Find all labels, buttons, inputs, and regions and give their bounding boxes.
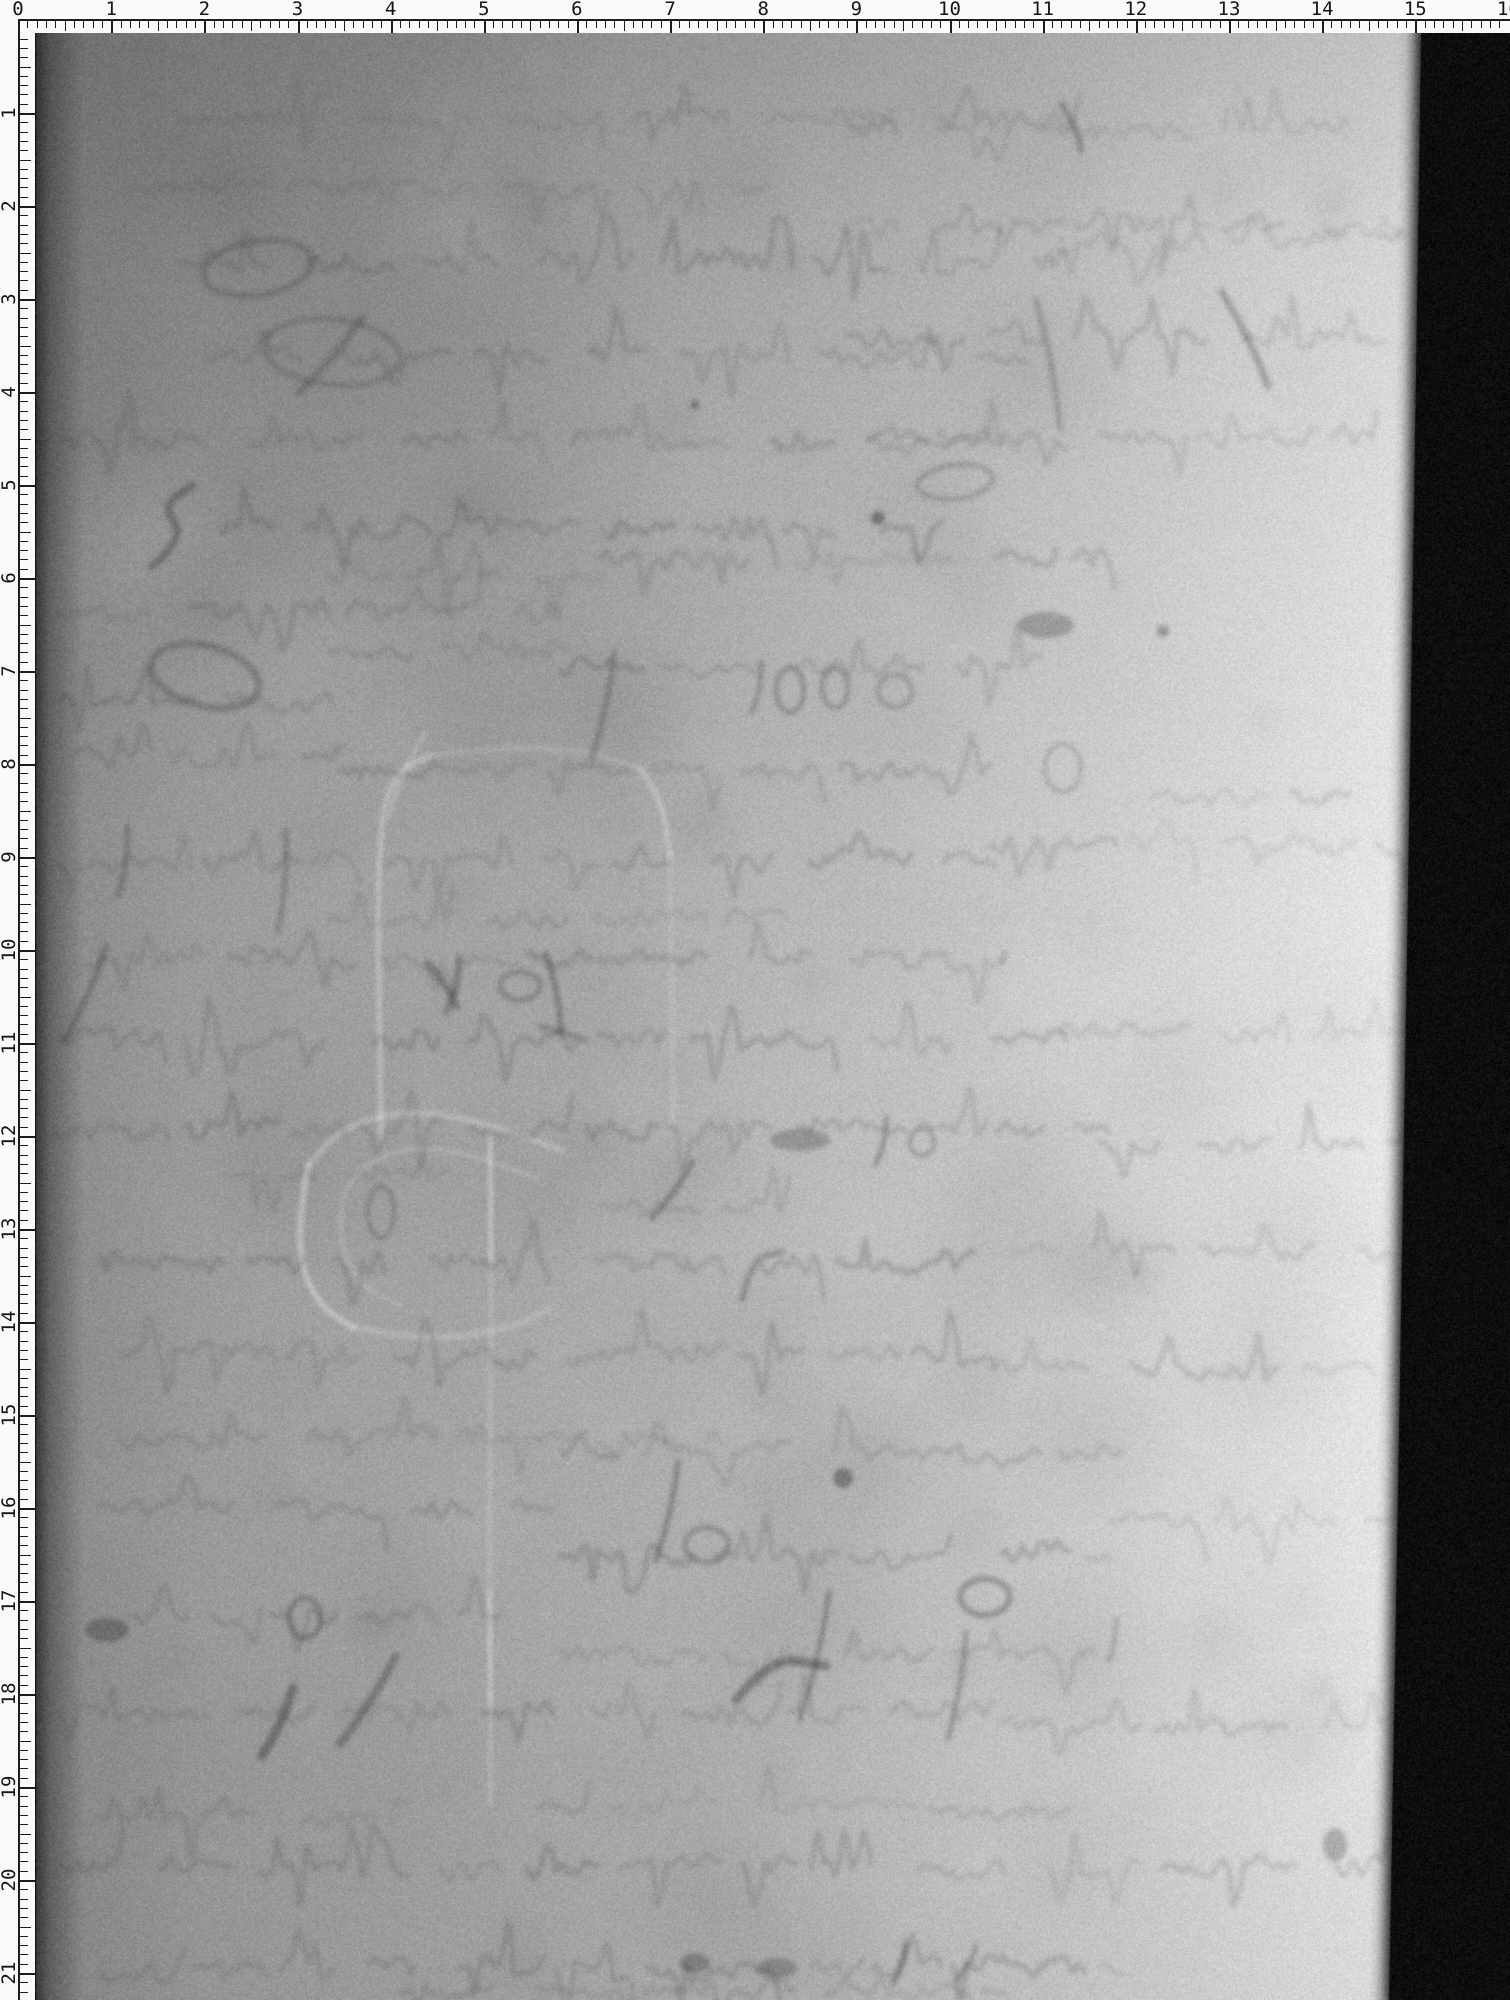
- left-ruler-mm-tick: [20, 1024, 28, 1025]
- left-ruler-label: 5: [2, 465, 16, 505]
- top-ruler-mm-tick: [968, 21, 969, 28]
- top-ruler-mm-tick: [735, 21, 736, 28]
- top-ruler-mm-tick: [875, 21, 876, 28]
- left-ruler-mm-tick: [20, 160, 31, 161]
- left-ruler-mm-tick: [20, 1387, 28, 1388]
- top-ruler-mm-tick: [1117, 21, 1118, 28]
- left-ruler-mm-tick: [20, 280, 28, 281]
- top-ruler-mm-tick: [549, 21, 550, 28]
- top-ruler-cm-tick: [204, 21, 206, 33]
- top-ruler-label: 16: [1483, 0, 1510, 19]
- top-ruler-cm-tick: [1229, 21, 1231, 33]
- top-ruler-mm-tick: [1024, 21, 1025, 28]
- left-ruler-label: 4: [2, 372, 16, 412]
- left-ruler-cm-tick: [20, 1508, 35, 1510]
- top-ruler-mm-tick: [1173, 21, 1174, 28]
- left-ruler-mm-tick: [20, 1108, 28, 1109]
- top-ruler-mm-tick: [1108, 21, 1109, 28]
- top-ruler-mm-tick: [1434, 21, 1435, 28]
- top-ruler-mm-tick: [540, 21, 541, 28]
- left-ruler-mm-tick: [20, 773, 28, 774]
- top-ruler-mm-tick: [288, 21, 289, 28]
- top-ruler-mm-tick: [400, 21, 401, 28]
- left-ruler-mm-tick: [20, 559, 28, 560]
- top-ruler-mm-tick: [409, 21, 410, 28]
- left-ruler-mm-tick: [20, 680, 28, 681]
- top-ruler-cm-tick: [1136, 21, 1138, 33]
- left-ruler-mm-tick: [20, 104, 28, 105]
- top-ruler-mm-tick: [74, 21, 75, 28]
- left-ruler-mm-tick: [20, 150, 28, 151]
- left-ruler-mm-tick: [20, 1155, 28, 1156]
- left-ruler-mm-tick: [20, 327, 28, 328]
- top-ruler-mm-tick: [242, 21, 243, 28]
- left-ruler-cm-tick: [20, 1136, 35, 1138]
- top-ruler-cm-tick: [18, 21, 20, 33]
- left-ruler-mm-tick: [20, 876, 28, 877]
- top-ruler-mm-tick: [530, 21, 531, 31]
- left-ruler-cm-tick: [20, 671, 35, 673]
- left-ruler-mm-tick: [20, 1620, 28, 1621]
- left-ruler-mm-tick: [20, 708, 28, 709]
- top-ruler-mm-tick: [195, 21, 196, 28]
- top-ruler-mm-tick: [773, 21, 774, 28]
- top-ruler-mm-tick: [307, 21, 308, 28]
- top-ruler-mm-tick: [502, 21, 503, 28]
- top-ruler-mm-tick: [493, 21, 494, 28]
- left-ruler-label: 7: [2, 651, 16, 691]
- top-ruler-mm-tick: [1080, 21, 1081, 28]
- left-ruler-mm-tick: [20, 550, 28, 551]
- left-ruler-mm-tick: [20, 745, 28, 746]
- left-ruler-mm-tick: [20, 1536, 28, 1537]
- left-ruler-mm-tick: [20, 1675, 28, 1676]
- left-ruler-mm-tick: [20, 1741, 31, 1742]
- left-ruler-mm-tick: [20, 1759, 28, 1760]
- left-ruler-mm-tick: [20, 1843, 28, 1844]
- top-ruler-mm-tick: [270, 21, 271, 28]
- left-ruler-cm-tick: [20, 950, 35, 952]
- left-ruler-mm-tick: [20, 1331, 28, 1332]
- left-ruler-mm-tick: [20, 132, 28, 133]
- left-ruler-mm-tick: [20, 1266, 28, 1267]
- left-ruler-mm-tick: [20, 1424, 28, 1425]
- left-ruler-mm-tick: [20, 838, 28, 839]
- left-ruler-mm-tick: [20, 1359, 28, 1360]
- left-ruler-mm-tick: [20, 1471, 28, 1472]
- top-ruler-mm-tick: [1220, 21, 1221, 28]
- left-ruler-mm-tick: [20, 1954, 28, 1955]
- left-ruler-mm-tick: [20, 178, 28, 179]
- top-ruler-mm-tick: [148, 21, 149, 28]
- left-ruler-label: 19: [2, 1767, 16, 1807]
- left-ruler-mm-tick: [20, 997, 31, 998]
- manuscript-page-image: [0, 0, 1510, 2000]
- top-ruler-cm-tick: [577, 21, 579, 33]
- top-ruler-mm-tick: [1481, 21, 1482, 28]
- left-ruler-mm-tick: [20, 1489, 28, 1490]
- top-ruler-cm-tick: [391, 21, 393, 33]
- top-ruler-mm-tick: [223, 21, 224, 28]
- top-ruler-mm-tick: [474, 21, 475, 28]
- top-ruler-mm-tick: [838, 21, 839, 28]
- top-ruler-mm-tick: [661, 21, 662, 28]
- left-ruler-mm-tick: [20, 1834, 31, 1835]
- top-ruler-mm-tick: [1406, 21, 1407, 28]
- left-ruler-mm-tick: [20, 197, 28, 198]
- left-ruler-mm-tick: [20, 941, 28, 942]
- left-ruler-mm-tick: [20, 978, 28, 979]
- left-ruler-mm-tick: [20, 94, 28, 95]
- left-ruler-label: 18: [2, 1674, 16, 1714]
- top-ruler-mm-tick: [1005, 21, 1006, 28]
- left-ruler-mm-tick: [20, 439, 31, 440]
- top-ruler-mm-tick: [605, 21, 606, 28]
- left-ruler-mm-tick: [20, 262, 28, 263]
- top-ruler-mm-tick: [1201, 21, 1202, 28]
- top-ruler-mm-tick: [1127, 21, 1128, 28]
- top-ruler-mm-tick: [745, 21, 746, 28]
- top-ruler-mm-tick: [1033, 21, 1034, 28]
- left-ruler-mm-tick: [20, 959, 28, 960]
- left-ruler-mm-tick: [20, 569, 28, 570]
- top-ruler-mm-tick: [456, 21, 457, 28]
- top-ruler-mm-tick: [1425, 21, 1426, 28]
- left-ruler-mm-tick: [20, 122, 28, 123]
- left-ruler-mm-tick: [20, 1815, 28, 1816]
- left-ruler-mm-tick: [20, 383, 28, 384]
- left-ruler-mm-tick: [20, 820, 28, 821]
- left-ruler-mm-tick: [20, 1071, 28, 1072]
- left-ruler-mm-tick: [20, 662, 28, 663]
- left-ruler-mm-tick: [20, 1573, 28, 1574]
- left-ruler-mm-tick: [20, 1015, 28, 1016]
- top-ruler-mm-tick: [83, 21, 84, 28]
- top-ruler-mm-tick: [1387, 21, 1388, 28]
- top-ruler-mm-tick: [1285, 21, 1286, 28]
- left-ruler-mm-tick: [20, 1648, 31, 1649]
- top-ruler-mm-tick: [419, 21, 420, 28]
- top-ruler-mm-tick: [1331, 21, 1332, 28]
- left-ruler-mm-tick: [20, 1201, 28, 1202]
- left-ruler-mm-tick: [20, 1173, 28, 1174]
- left-ruler-label: 2: [2, 186, 16, 226]
- scanned-manuscript-viewport: 012345678910111213141516 123456789101112…: [0, 0, 1510, 2000]
- top-ruler-mm-tick: [1350, 21, 1351, 28]
- left-ruler-mm-tick: [20, 1034, 28, 1035]
- top-ruler: 012345678910111213141516: [0, 0, 1510, 33]
- top-ruler-mm-tick: [465, 21, 466, 28]
- top-ruler-mm-tick: [1145, 21, 1146, 28]
- left-ruler-mm-tick: [20, 364, 28, 365]
- top-ruler-cm-tick: [950, 21, 952, 33]
- top-ruler-mm-tick: [959, 21, 960, 28]
- left-ruler-mm-tick: [20, 755, 28, 756]
- top-ruler-mm-tick: [37, 21, 38, 28]
- left-ruler-mm-tick: [20, 1666, 28, 1667]
- top-ruler-mm-tick: [521, 21, 522, 28]
- top-ruler-mm-tick: [679, 21, 680, 28]
- left-ruler-label: 20: [2, 1860, 16, 1900]
- left-ruler-label: 9: [2, 837, 16, 877]
- left-ruler-mm-tick: [20, 1462, 31, 1463]
- top-ruler-mm-tick: [1154, 21, 1155, 28]
- top-ruler-mm-tick: [1099, 21, 1100, 28]
- top-ruler-mm-tick: [1443, 21, 1444, 28]
- left-ruler-mm-tick: [20, 1722, 28, 1723]
- left-ruler-mm-tick: [20, 1638, 28, 1639]
- top-ruler-mm-tick: [931, 21, 932, 28]
- top-ruler-mm-tick: [1248, 21, 1249, 28]
- top-ruler-label: 1: [86, 0, 136, 19]
- top-ruler-label: 11: [1018, 0, 1068, 19]
- left-ruler-mm-tick: [20, 699, 28, 700]
- top-ruler-mm-tick: [1210, 21, 1211, 28]
- left-ruler-mm-tick: [20, 1238, 28, 1239]
- top-ruler-mm-tick: [279, 21, 280, 28]
- left-ruler-mm-tick: [20, 1806, 28, 1807]
- top-ruler-mm-tick: [791, 21, 792, 28]
- left-ruler-label: 11: [2, 1023, 16, 1063]
- top-ruler-mm-tick: [1397, 21, 1398, 28]
- left-ruler-mm-tick: [20, 727, 28, 728]
- left-ruler-mm-tick: [20, 411, 28, 412]
- top-ruler-mm-tick: [1313, 21, 1314, 28]
- left-ruler-mm-tick: [20, 1350, 28, 1351]
- left-ruler-mm-tick: [20, 1117, 28, 1118]
- top-ruler-cm-tick: [1322, 21, 1324, 33]
- top-ruler-mm-tick: [819, 21, 820, 28]
- left-ruler-mm-tick: [20, 169, 28, 170]
- top-ruler-mm-tick: [707, 21, 708, 28]
- top-ruler-mm-tick: [633, 21, 634, 28]
- left-ruler-cm-tick: [20, 1415, 35, 1417]
- top-ruler-mm-tick: [447, 21, 448, 28]
- top-ruler-label: 9: [831, 0, 881, 19]
- top-ruler-mm-tick: [614, 21, 615, 28]
- left-ruler-cm-tick: [20, 485, 35, 487]
- top-ruler-mm-tick: [325, 21, 326, 28]
- top-ruler-mm-tick: [866, 21, 867, 28]
- top-ruler-mm-tick: [102, 21, 103, 28]
- left-ruler-mm-tick: [20, 811, 31, 812]
- left-ruler-mm-tick: [20, 969, 28, 970]
- top-ruler-mm-tick: [1453, 21, 1454, 28]
- top-ruler-mm-tick: [1304, 21, 1305, 28]
- top-ruler-mm-tick: [93, 21, 94, 28]
- top-ruler-mm-tick: [1266, 21, 1267, 28]
- left-ruler-mm-tick: [20, 1285, 28, 1286]
- left-ruler-cm-tick: [20, 299, 35, 301]
- left-ruler-label: 14: [2, 1302, 16, 1342]
- left-ruler-mm-tick: [20, 429, 28, 430]
- top-ruler-mm-tick: [754, 21, 755, 28]
- left-ruler-mm-tick: [20, 494, 28, 495]
- top-ruler-mm-tick: [810, 21, 811, 31]
- left-ruler-mm-tick: [20, 1936, 28, 1937]
- left-ruler-mm-tick: [20, 1452, 28, 1453]
- top-ruler-mm-tick: [1192, 21, 1193, 28]
- left-ruler-label: 12: [2, 1116, 16, 1156]
- left-ruler-mm-tick: [20, 597, 28, 598]
- left-ruler-mm-tick: [20, 848, 28, 849]
- left-ruler-mm-tick: [20, 1396, 28, 1397]
- left-ruler-mm-tick: [20, 1899, 28, 1900]
- left-ruler-mm-tick: [20, 736, 28, 737]
- left-ruler-mm-tick: [20, 1257, 28, 1258]
- top-ruler-mm-tick: [316, 21, 317, 28]
- left-ruler-mm-tick: [20, 225, 28, 226]
- left-ruler-mm-tick: [20, 513, 28, 514]
- left-ruler-cm-tick: [20, 1787, 35, 1789]
- top-ruler-mm-tick: [828, 21, 829, 28]
- left-ruler-mm-tick: [20, 1545, 28, 1546]
- left-ruler-mm-tick: [20, 271, 28, 272]
- left-ruler-mm-tick: [20, 894, 28, 895]
- top-ruler-mm-tick: [1294, 21, 1295, 28]
- left-ruler-cm-tick: [20, 113, 35, 115]
- left-ruler-mm-tick: [20, 1945, 28, 1946]
- top-ruler-mm-tick: [1164, 21, 1165, 28]
- top-ruler-mm-tick: [437, 21, 438, 31]
- left-ruler-mm-tick: [20, 1313, 28, 1314]
- top-ruler-mm-tick: [344, 21, 345, 31]
- top-ruler-mm-tick: [1490, 21, 1491, 28]
- left-ruler-label: 8: [2, 744, 16, 784]
- top-ruler-mm-tick: [1052, 21, 1053, 28]
- left-ruler-mm-tick: [20, 1062, 28, 1063]
- left-ruler-mm-tick: [20, 1303, 28, 1304]
- left-ruler-mm-tick: [20, 587, 28, 588]
- top-ruler-mm-tick: [596, 21, 597, 28]
- left-ruler-mm-tick: [20, 1713, 28, 1714]
- top-ruler-mm-tick: [717, 21, 718, 31]
- left-ruler-mm-tick: [20, 355, 28, 356]
- top-ruler-mm-tick: [512, 21, 513, 28]
- top-ruler-mm-tick: [1061, 21, 1062, 28]
- top-ruler-mm-tick: [1378, 21, 1379, 28]
- top-ruler-mm-tick: [251, 21, 252, 31]
- left-ruler-mm-tick: [20, 1527, 28, 1528]
- left-ruler-mm-tick: [20, 792, 28, 793]
- top-ruler-mm-tick: [940, 21, 941, 28]
- top-ruler-mm-tick: [130, 21, 131, 28]
- left-ruler-mm-tick: [20, 1964, 28, 1965]
- left-ruler-label: 6: [2, 558, 16, 598]
- top-ruler-label: 5: [459, 0, 509, 19]
- left-ruler-cm-tick: [20, 1973, 35, 1975]
- top-ruler-mm-tick: [1341, 21, 1342, 28]
- left-ruler-cm-tick: [20, 1043, 35, 1045]
- top-ruler-mm-tick: [260, 21, 261, 28]
- top-ruler-label: 4: [366, 0, 416, 19]
- top-ruler-label: 3: [273, 0, 323, 19]
- left-ruler-mm-tick: [20, 1731, 28, 1732]
- top-ruler-label: 2: [179, 0, 229, 19]
- top-ruler-cm-tick: [298, 21, 300, 33]
- left-ruler-mm-tick: [20, 866, 28, 867]
- top-ruler-mm-tick: [977, 21, 978, 28]
- top-ruler-mm-tick: [1015, 21, 1016, 28]
- left-ruler-mm-tick: [20, 1992, 28, 1993]
- left-ruler-mm-tick: [20, 1582, 28, 1583]
- top-ruler-mm-tick: [912, 21, 913, 28]
- top-ruler-mm-tick: [624, 21, 625, 31]
- left-ruler-mm-tick: [20, 457, 28, 458]
- left-ruler-mm-tick: [20, 1434, 28, 1435]
- top-ruler-mm-tick: [558, 21, 559, 28]
- left-ruler-mm-tick: [20, 1982, 28, 1983]
- left-ruler-mm-tick: [20, 904, 31, 905]
- left-ruler-mm-tick: [20, 401, 28, 402]
- left-ruler-cm-tick: [20, 1601, 35, 1603]
- top-ruler-mm-tick: [1462, 21, 1463, 31]
- left-ruler-mm-tick: [20, 1768, 28, 1769]
- left-ruler-mm-tick: [20, 1750, 28, 1751]
- left-ruler-mm-tick: [20, 1210, 28, 1211]
- top-ruler-mm-tick: [568, 21, 569, 28]
- left-ruler-mm-tick: [20, 1127, 28, 1128]
- left-ruler-mm-tick: [20, 1192, 28, 1193]
- left-ruler-cm-tick: [20, 1322, 35, 1324]
- left-ruler-mm-tick: [20, 625, 31, 626]
- left-ruler-mm-tick: [20, 39, 28, 40]
- left-ruler-mm-tick: [20, 1871, 28, 1872]
- top-ruler-mm-tick: [381, 21, 382, 28]
- left-ruler-label: 16: [2, 1488, 16, 1528]
- left-ruler-cm-tick: [20, 578, 35, 580]
- top-ruler-mm-tick: [158, 21, 159, 31]
- left-ruler-mm-tick: [20, 318, 28, 319]
- left-ruler-label: 17: [2, 1581, 16, 1621]
- top-ruler-cm-tick: [1043, 21, 1045, 33]
- top-ruler-mm-tick: [782, 21, 783, 28]
- left-ruler-mm-tick: [20, 606, 28, 607]
- top-ruler-mm-tick: [372, 21, 373, 28]
- top-ruler-label: 6: [552, 0, 602, 19]
- left-ruler-cm-tick: [20, 206, 35, 208]
- top-ruler-label: 0: [0, 0, 43, 19]
- top-ruler-mm-tick: [996, 21, 997, 31]
- top-ruler-mm-tick: [698, 21, 699, 28]
- left-ruler-mm-tick: [20, 1052, 28, 1053]
- top-ruler-mm-tick: [651, 21, 652, 28]
- left-ruler-cm-tick: [20, 764, 35, 766]
- top-ruler-mm-tick: [689, 21, 690, 28]
- left-ruler-mm-tick: [20, 1629, 28, 1630]
- left-ruler-mm-tick: [20, 532, 31, 533]
- top-ruler-mm-tick: [1471, 21, 1472, 28]
- left-ruler-mm-tick: [20, 634, 28, 635]
- top-ruler-mm-tick: [801, 21, 802, 28]
- top-ruler-cm-tick: [856, 21, 858, 33]
- top-ruler-mm-tick: [214, 21, 215, 28]
- left-ruler-mm-tick: [20, 253, 31, 254]
- top-ruler-mm-tick: [65, 21, 66, 31]
- left-ruler-mm-tick: [20, 346, 31, 347]
- top-ruler-label: 10: [925, 0, 975, 19]
- left-ruler-cm-tick: [20, 392, 35, 394]
- left-ruler-mm-tick: [20, 1908, 28, 1909]
- left-ruler-mm-tick: [20, 85, 28, 86]
- left-ruler-mm-tick: [20, 234, 28, 235]
- top-ruler-mm-tick: [922, 21, 923, 28]
- left-ruler-mm-tick: [20, 1294, 28, 1295]
- left-ruler-mm-tick: [20, 1443, 28, 1444]
- left-ruler-mm-tick: [20, 1006, 28, 1007]
- top-ruler-label: 14: [1297, 0, 1347, 19]
- left-ruler-mm-tick: [20, 1090, 31, 1091]
